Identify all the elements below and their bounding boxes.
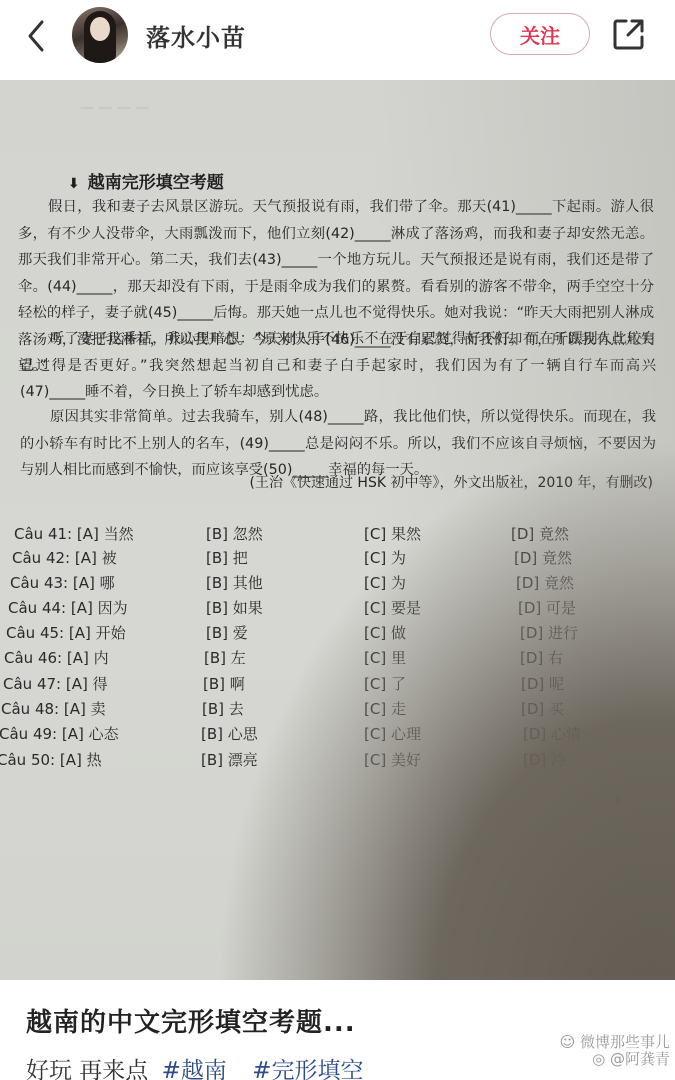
option-b: [B] 漂亮	[201, 749, 258, 770]
option-a: Câu 48: [A] 卖	[1, 698, 106, 719]
username[interactable]: 落水小苗	[146, 18, 246, 53]
chevron-left-icon	[22, 16, 52, 56]
share-icon	[612, 17, 646, 51]
option-d: [D] 冷	[523, 749, 566, 770]
section-title-text: 越南完形填空考题	[88, 173, 224, 193]
back-button[interactable]	[22, 16, 52, 56]
post-title: 越南的中文完形填空考题...	[26, 1002, 356, 1039]
option-d: [D] 心情	[523, 723, 581, 744]
option-b: [B] 忽然	[206, 523, 263, 544]
option-b: [B] 把	[206, 547, 248, 568]
option-c: [C] 心理	[364, 723, 421, 744]
paragraph-2: 听了妻子这番话，我心里暗想：“原来快乐不快乐不在于自己过得好不好，而在于跟别人比…	[20, 326, 656, 406]
option-d: [D] 呢	[521, 673, 564, 694]
option-a: Câu 49: [A] 心态	[0, 723, 119, 744]
post-photo[interactable]: — — — — ⬇越南完形填空考题 假日，我和妻子去风景区游玩。天气预报说有雨，…	[0, 80, 675, 980]
option-a: Câu 43: [A] 哪	[10, 572, 115, 593]
option-b: [B] 左	[204, 647, 246, 668]
watermark-text-1: 微博那些事儿	[580, 1033, 670, 1051]
option-a: Câu 45: [A] 开始	[6, 622, 126, 643]
avatar[interactable]	[72, 7, 128, 63]
option-d: [D] 可是	[518, 597, 576, 618]
option-d: [D] 竟然	[516, 572, 574, 593]
option-d: [D] 竟然	[511, 523, 569, 544]
post-description: 好玩 再来点 #越南 #完形填空	[26, 1052, 364, 1080]
page-number: 1	[614, 793, 622, 807]
option-d: [D] 右	[520, 647, 563, 668]
share-button[interactable]	[612, 17, 646, 51]
citation: (王治《快速通过 HSK 初中等》，外文出版社，2010 年，有删改)	[250, 472, 654, 492]
watermark-text-2: @阿龚青	[610, 1050, 670, 1068]
option-a: Câu 41: [A] 当然	[14, 523, 134, 544]
option-c: [C] 为	[364, 547, 406, 568]
option-c: [C] 要是	[364, 597, 421, 618]
option-b: [B] 爱	[206, 622, 248, 643]
option-c: [C] 走	[364, 698, 406, 719]
bleed-through-text: — — — —	[80, 100, 149, 116]
follow-button[interactable]: 关注	[490, 13, 590, 55]
section-title: ⬇越南完形填空考题	[68, 168, 224, 193]
watermark-line-2: ◎ @阿龚青	[520, 1051, 670, 1068]
option-b: [B] 心思	[201, 723, 258, 744]
watermark-line-1: ☺ 微博那些事儿	[520, 1034, 670, 1051]
option-d: [D] 竟然	[514, 547, 572, 568]
option-b: [B] 其他	[206, 572, 263, 593]
weibo-icon: ◎	[592, 1050, 610, 1068]
option-c: [C] 了	[364, 673, 406, 694]
option-a: Câu 47: [A] 得	[3, 673, 108, 694]
option-b: [B] 啊	[203, 673, 245, 694]
option-c: [C] 里	[364, 647, 406, 668]
option-a: Câu 42: [A] 被	[12, 547, 117, 568]
option-c: [C] 果然	[364, 523, 421, 544]
option-d: [D] 进行	[520, 622, 578, 643]
post-description-text: 好玩 再来点	[26, 1058, 148, 1080]
option-a: Câu 44: [A] 因为	[8, 597, 128, 618]
option-c: [C] 美好	[364, 749, 421, 770]
hashtag-vietnam[interactable]: #越南	[162, 1058, 227, 1080]
option-b: [B] 去	[202, 698, 244, 719]
option-c: [C] 做	[364, 622, 406, 643]
top-bar: 落水小苗 关注	[0, 0, 675, 80]
post-caption: 越南的中文完形填空考题... 好玩 再来点 #越南 #完形填空 ☺ 微博那些事儿…	[0, 980, 675, 1080]
option-b: [B] 如果	[206, 597, 263, 618]
option-a: Câu 46: [A] 内	[4, 647, 109, 668]
hashtag-cloze[interactable]: #完形填空	[252, 1058, 363, 1080]
arrow-down-icon: ⬇	[68, 176, 80, 192]
wechat-icon: ☺	[560, 1033, 580, 1051]
option-c: [C] 为	[364, 572, 406, 593]
option-a: Câu 50: [A] 热	[0, 749, 102, 770]
watermark: ☺ 微博那些事儿 ◎ @阿龚青	[520, 1034, 670, 1068]
option-d: [D] 买	[521, 698, 564, 719]
